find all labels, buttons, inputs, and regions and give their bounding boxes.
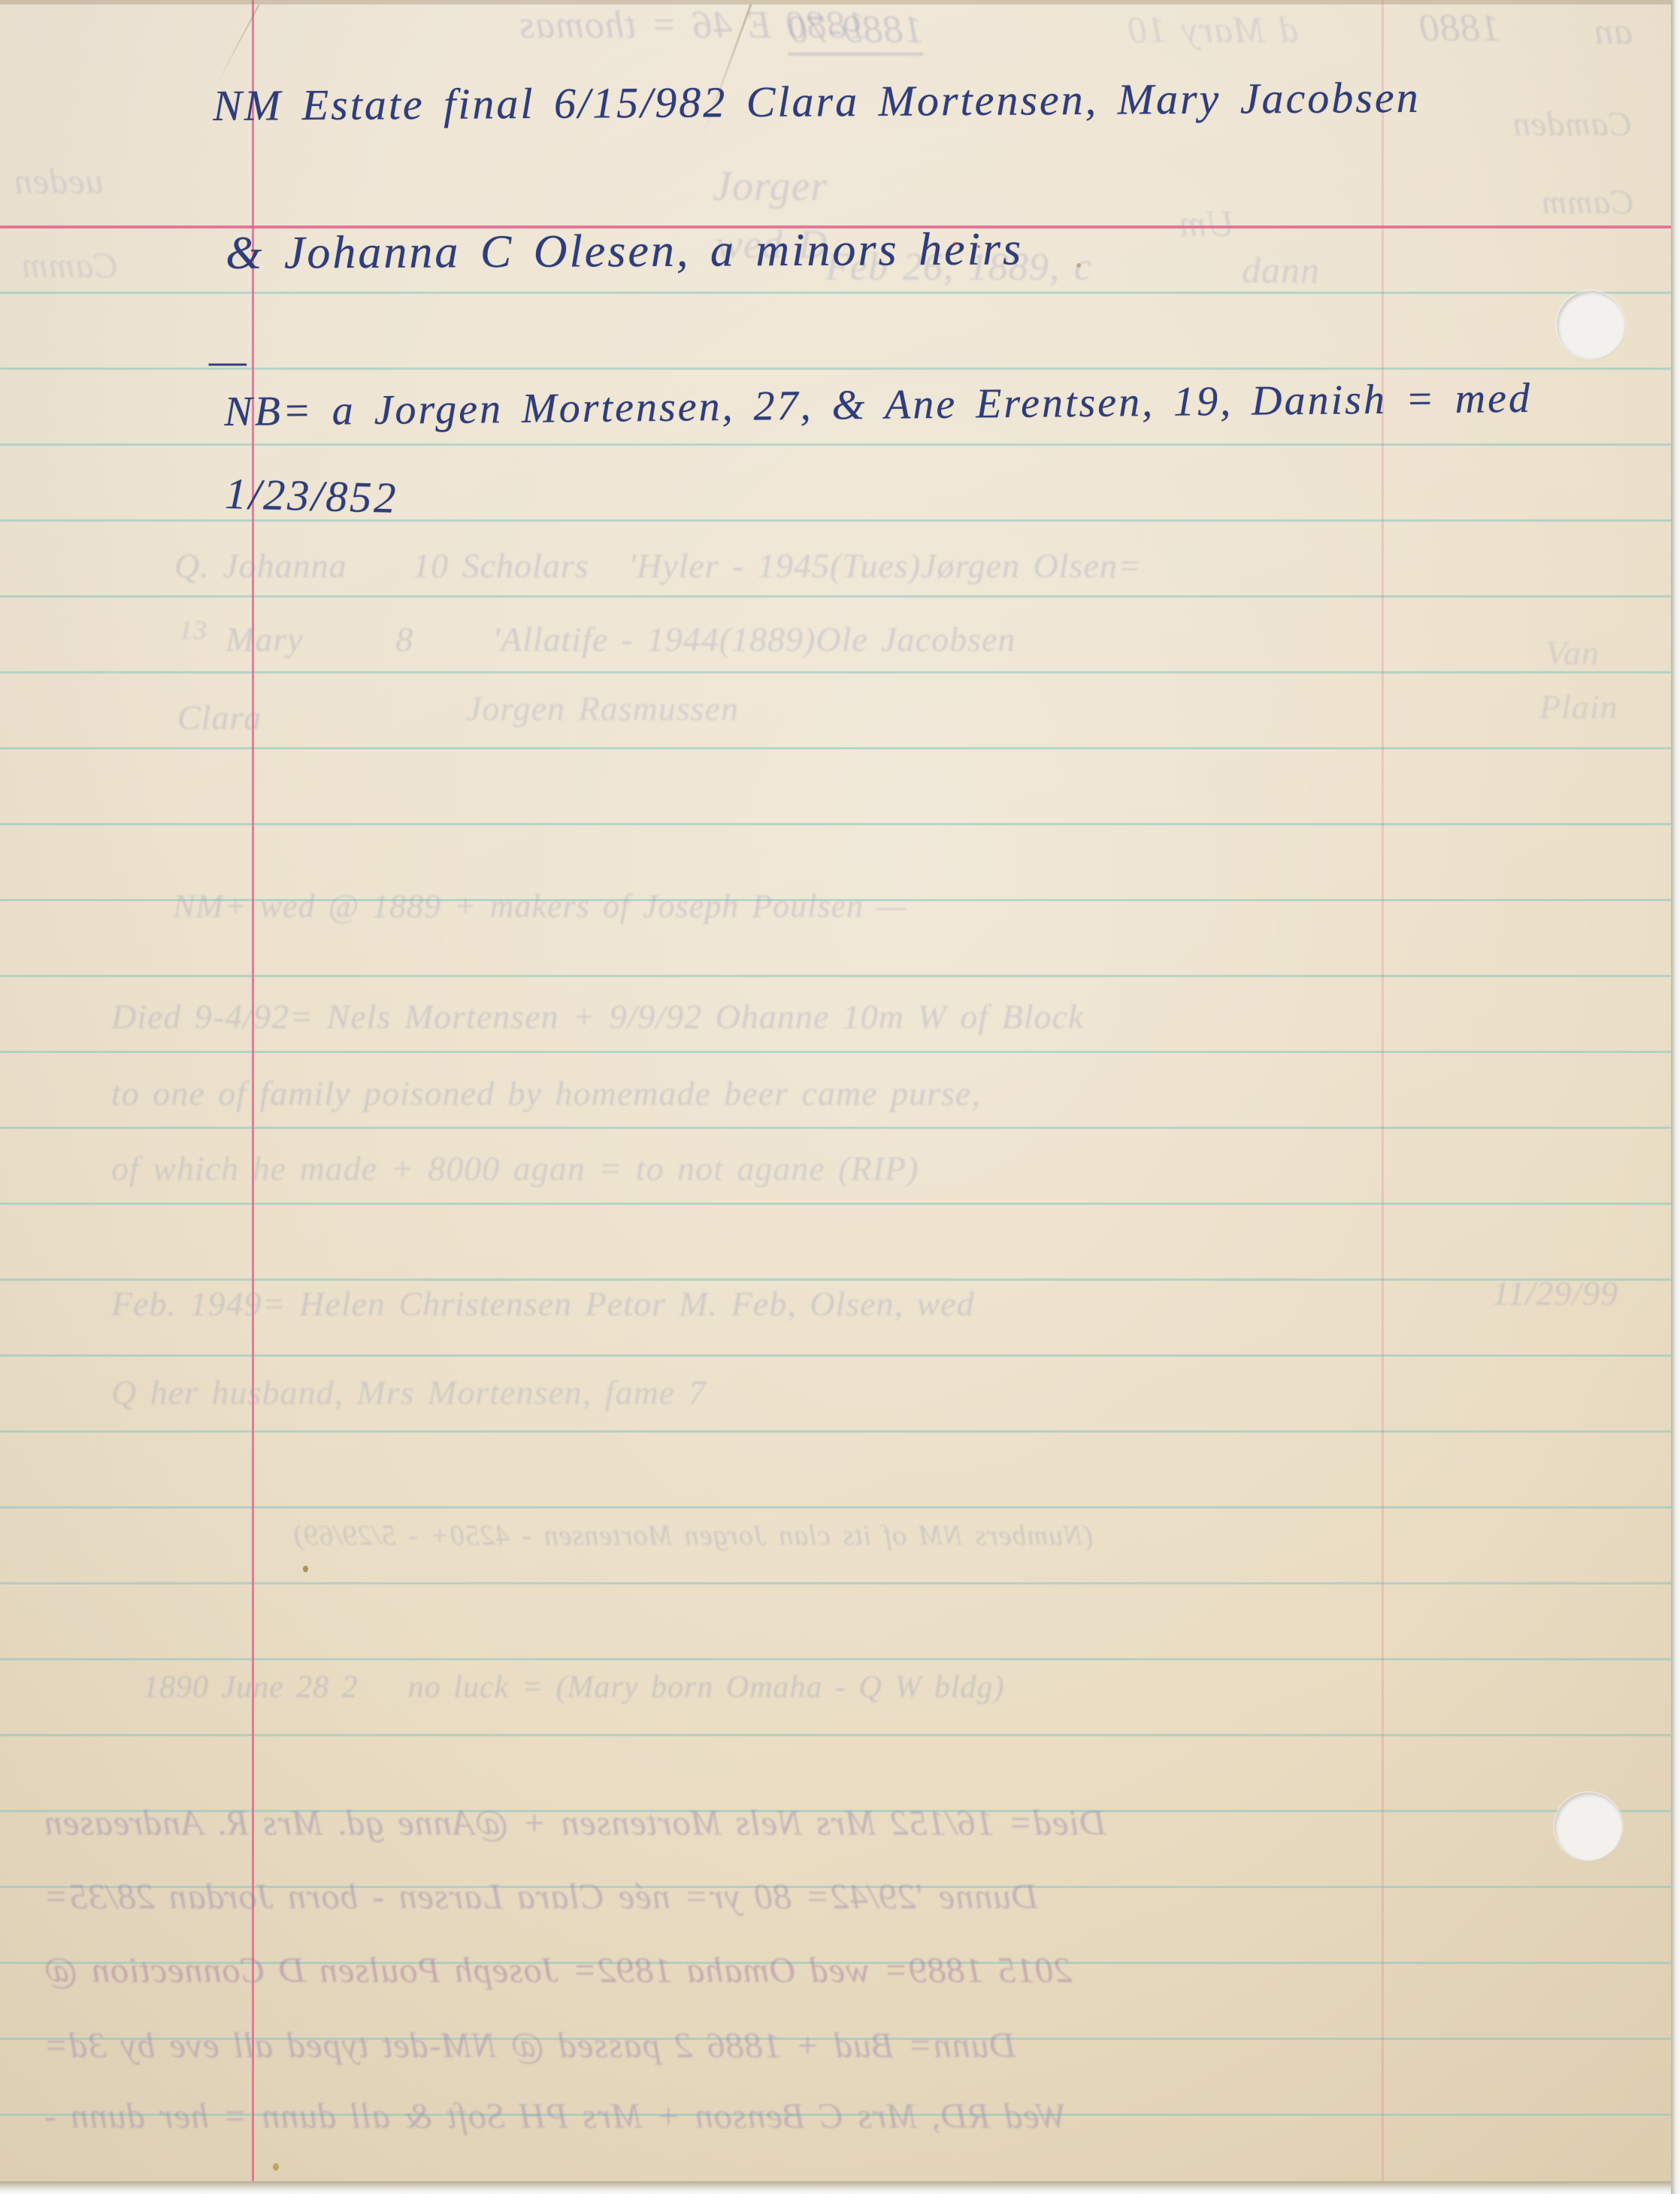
ruled-line (0, 671, 1671, 673)
handwritten-ink-line: — (209, 340, 249, 382)
ruled-line (0, 975, 1671, 977)
ghost-text-line: 1889-70 (788, 11, 923, 56)
ruled-line (0, 1658, 1671, 1660)
ruled-line (0, 519, 1671, 522)
scanner-background-right (1671, 0, 1680, 2194)
ghost-text-line: (Numbers NM of its clan Jorgen Mortensen… (293, 1521, 1093, 1550)
scanned-page-canvas: 1880 E 46 = thomas1889-70d Mary 101880an… (0, 0, 1680, 2194)
ruled-line (0, 1582, 1671, 1584)
handwritten-ink-line: NB= a Jorgen Mortensen, 27, & Ane Erents… (224, 377, 1532, 433)
handwritten-ink-line: 1/23/852 (224, 472, 398, 520)
ghost-text-line: Mary 8 'Allatife - 1944(1889)Ole Jacobse… (226, 622, 1016, 657)
ghost-text-line: Clara (177, 701, 262, 735)
ruled-line (0, 1430, 1671, 1433)
ghost-text-line: to one of family poisoned by homemade be… (111, 1076, 981, 1111)
ruled-line (0, 1127, 1671, 1129)
ghost-text-line: Camden (1512, 107, 1632, 141)
ghost-text-line: 11/29/99 (1492, 1276, 1618, 1311)
ghost-text-line: ueden (14, 164, 104, 200)
ghost-text-line: Q. Johanna 10 Scholars 'Hyler - 1945(Tue… (174, 549, 1142, 583)
punch-hole-bottom (1554, 1793, 1622, 1860)
ghost-text-line: an (1594, 12, 1633, 50)
ghost-text-line: Plain (1539, 690, 1618, 725)
ghost-text-line: 1890 June 28 2 no luck = (Mary born Omah… (143, 1672, 1005, 1703)
ruled-line (0, 1203, 1671, 1205)
ghost-text-line: Dunne '29/42= 80 yr= née Clara Larsen - … (44, 1879, 1038, 1915)
ruled-line (0, 1279, 1671, 1281)
ghost-text-line: dann (1242, 251, 1320, 289)
paper-speck (273, 2163, 279, 2171)
ruled-line (0, 292, 1671, 294)
ghost-text-line: 2015 1889= wed Omaha 1892= Joseph Poulse… (44, 1953, 1072, 1989)
handwritten-ink-line: NM Estate final 6/15/982 Clara Mortensen… (213, 76, 1421, 128)
paper-speck (1076, 263, 1081, 268)
ghost-text-line: Q her husband, Mrs Mortensen, fame 7 (111, 1375, 707, 1410)
ghost-text-line: Feb. 1949= Helen Christensen Petor M. Fe… (111, 1287, 975, 1321)
paper-speck (953, 242, 957, 245)
ruled-line (0, 747, 1671, 749)
ghost-text-line: Jorger (713, 165, 828, 207)
ghost-text-line: NM+ wed @ 1889 + makers of Joseph Poulse… (173, 890, 907, 923)
ghost-text-line: of which he made + 8000 agan = to not ag… (111, 1151, 919, 1186)
paper-speck (303, 1566, 308, 1572)
ruled-line (0, 1354, 1671, 1357)
scanner-background-bottom (0, 2181, 1671, 2194)
ghost-text-line: Camm (21, 248, 118, 284)
ruled-line (0, 1051, 1671, 1053)
ruled-line (0, 1734, 1671, 1736)
paper-speck (977, 245, 980, 248)
ruled-line (0, 368, 1671, 370)
ghost-text-line: 1880 (1419, 9, 1500, 48)
ghost-text-line: Wed RD, Mrs C Benson + Mrs PH Soft & all… (44, 2099, 1067, 2135)
ghost-text-line: Died= 16/152 Mrs Nels Mortensen + @Anne … (44, 1805, 1106, 1841)
punch-hole-top (1557, 291, 1624, 359)
ghost-text-line: Um (1179, 204, 1234, 242)
ruled-line (0, 595, 1671, 598)
ghost-text-line: d Mary 10 (1128, 11, 1298, 48)
ruled-line (0, 1506, 1671, 1509)
ghost-text-line: Jorgen Rasmussen (466, 691, 739, 726)
margin-line-vertical-ghost (1382, 0, 1384, 2181)
ghost-text-line: 13 (179, 616, 207, 643)
ruled-line (0, 443, 1671, 446)
ghost-text-line: Van (1545, 636, 1600, 670)
ruled-line (0, 823, 1671, 825)
ghost-text-line: Died 9-4/92= Nels Mortensen + 9/9/92 Oha… (111, 1000, 1084, 1034)
handwritten-ink-line: & Johanna C Olesen, a minors heirs (226, 225, 1023, 277)
ghost-text-line: Dunn= Bud + 1886 2 passed @ NM-det typed… (44, 2028, 1016, 2064)
ghost-text-line: Camm (1541, 185, 1634, 219)
notebook-paper: 1880 E 46 = thomas1889-70d Mary 101880an… (0, 0, 1671, 2181)
